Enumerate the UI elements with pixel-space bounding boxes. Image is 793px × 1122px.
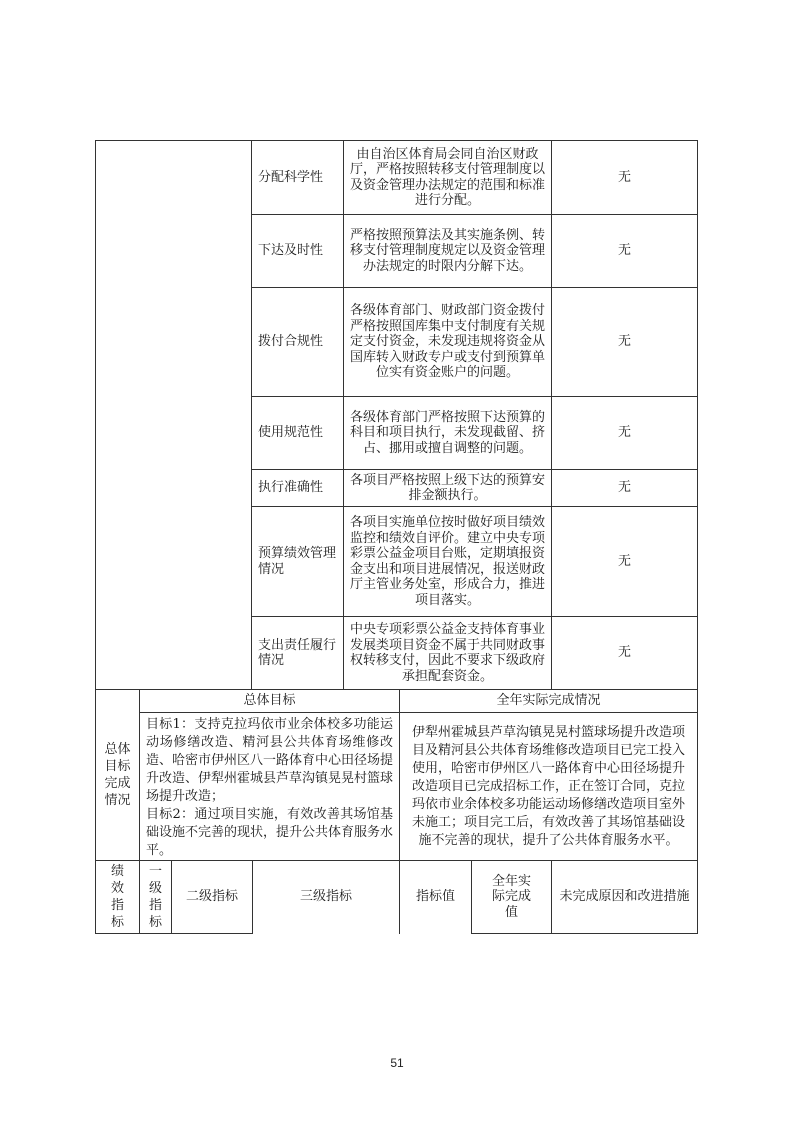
perf-label: 绩效指标 <box>96 861 139 933</box>
goals-label: 总体目标完成情况 <box>96 690 139 860</box>
actual-header: 全年实际完成情况 <box>400 690 697 712</box>
description-cell: 中央专项彩票公益金支持体育事业发展类项目资金不属于共同财政事权转移支付，因此不要… <box>344 617 551 689</box>
level2-header: 二级指标 <box>172 861 252 933</box>
issue-cell: 无 <box>552 288 697 396</box>
indicator-cell: 支出责任履行情况 <box>252 617 343 689</box>
table-border-right <box>697 140 698 934</box>
table-border-bottom <box>95 933 253 934</box>
description-cell: 各级体育部门、财政部门资金拨付严格按照国库集中支付制度有关规定支付资金，未发现违… <box>344 288 551 396</box>
goal-text: 目标1：支持克拉玛依市业余体校多功能运动场修缮改造、精河县公共体育场维修改造、哈… <box>140 713 399 860</box>
indicator-cell: 拨付合规性 <box>252 288 343 396</box>
issue-cell: 无 <box>552 470 697 506</box>
indicator-cell: 预算绩效管理情况 <box>252 507 343 616</box>
description-cell: 各项目实施单位按时做好项目绩效监控和绩效自评价。建立中央专项彩票公益金项目台账，… <box>344 507 551 616</box>
actual-text: 伊犁州霍城县芦草沟镇晃晃村篮球场提升改造项目及精河县公共体育场维修改造项目已完工… <box>400 713 697 860</box>
level1-header: 一级指标 <box>140 861 171 933</box>
description-cell: 各级体育部门严格按照下达预算的科目和项目执行，未发现截留、挤占、挪用或擅自调整的… <box>344 397 551 469</box>
level3-header: 三级指标 <box>253 861 399 933</box>
target-header: 指标值 <box>400 861 471 933</box>
indicator-cell: 下达及时性 <box>252 215 343 287</box>
issue-cell: 无 <box>552 617 697 689</box>
description-cell: 各项目严格按照上级下达的预算安排金额执行。 <box>344 470 551 506</box>
issue-cell: 无 <box>552 397 697 469</box>
indicator-cell: 执行准确性 <box>252 470 343 506</box>
table-border-bottom <box>471 933 698 934</box>
issue-cell: 无 <box>552 215 697 287</box>
issue-cell: 无 <box>552 141 697 214</box>
reason-header: 未完成原因和改进措施 <box>552 861 697 933</box>
indicator-cell: 分配科学性 <box>252 141 343 214</box>
indicator-cell: 使用规范性 <box>252 397 343 469</box>
goal-header: 总体目标 <box>140 690 399 712</box>
actual-value-header: 全年实际完成值 <box>472 861 551 933</box>
description-cell: 严格按照预算法及其实施条例、转移支付管理制度规定以及资金管理办法规定的时限内分解… <box>344 215 551 287</box>
page-number: 51 <box>386 1056 408 1070</box>
description-cell: 由自治区体育局会同自治区财政厅，严格按照转移支付管理制度以及资金管理办法规定的范… <box>344 141 551 214</box>
issue-cell: 无 <box>552 507 697 616</box>
document-page: 分配科学性 由自治区体育局会同自治区财政厅，严格按照转移支付管理制度以及资金管理… <box>0 0 793 1122</box>
